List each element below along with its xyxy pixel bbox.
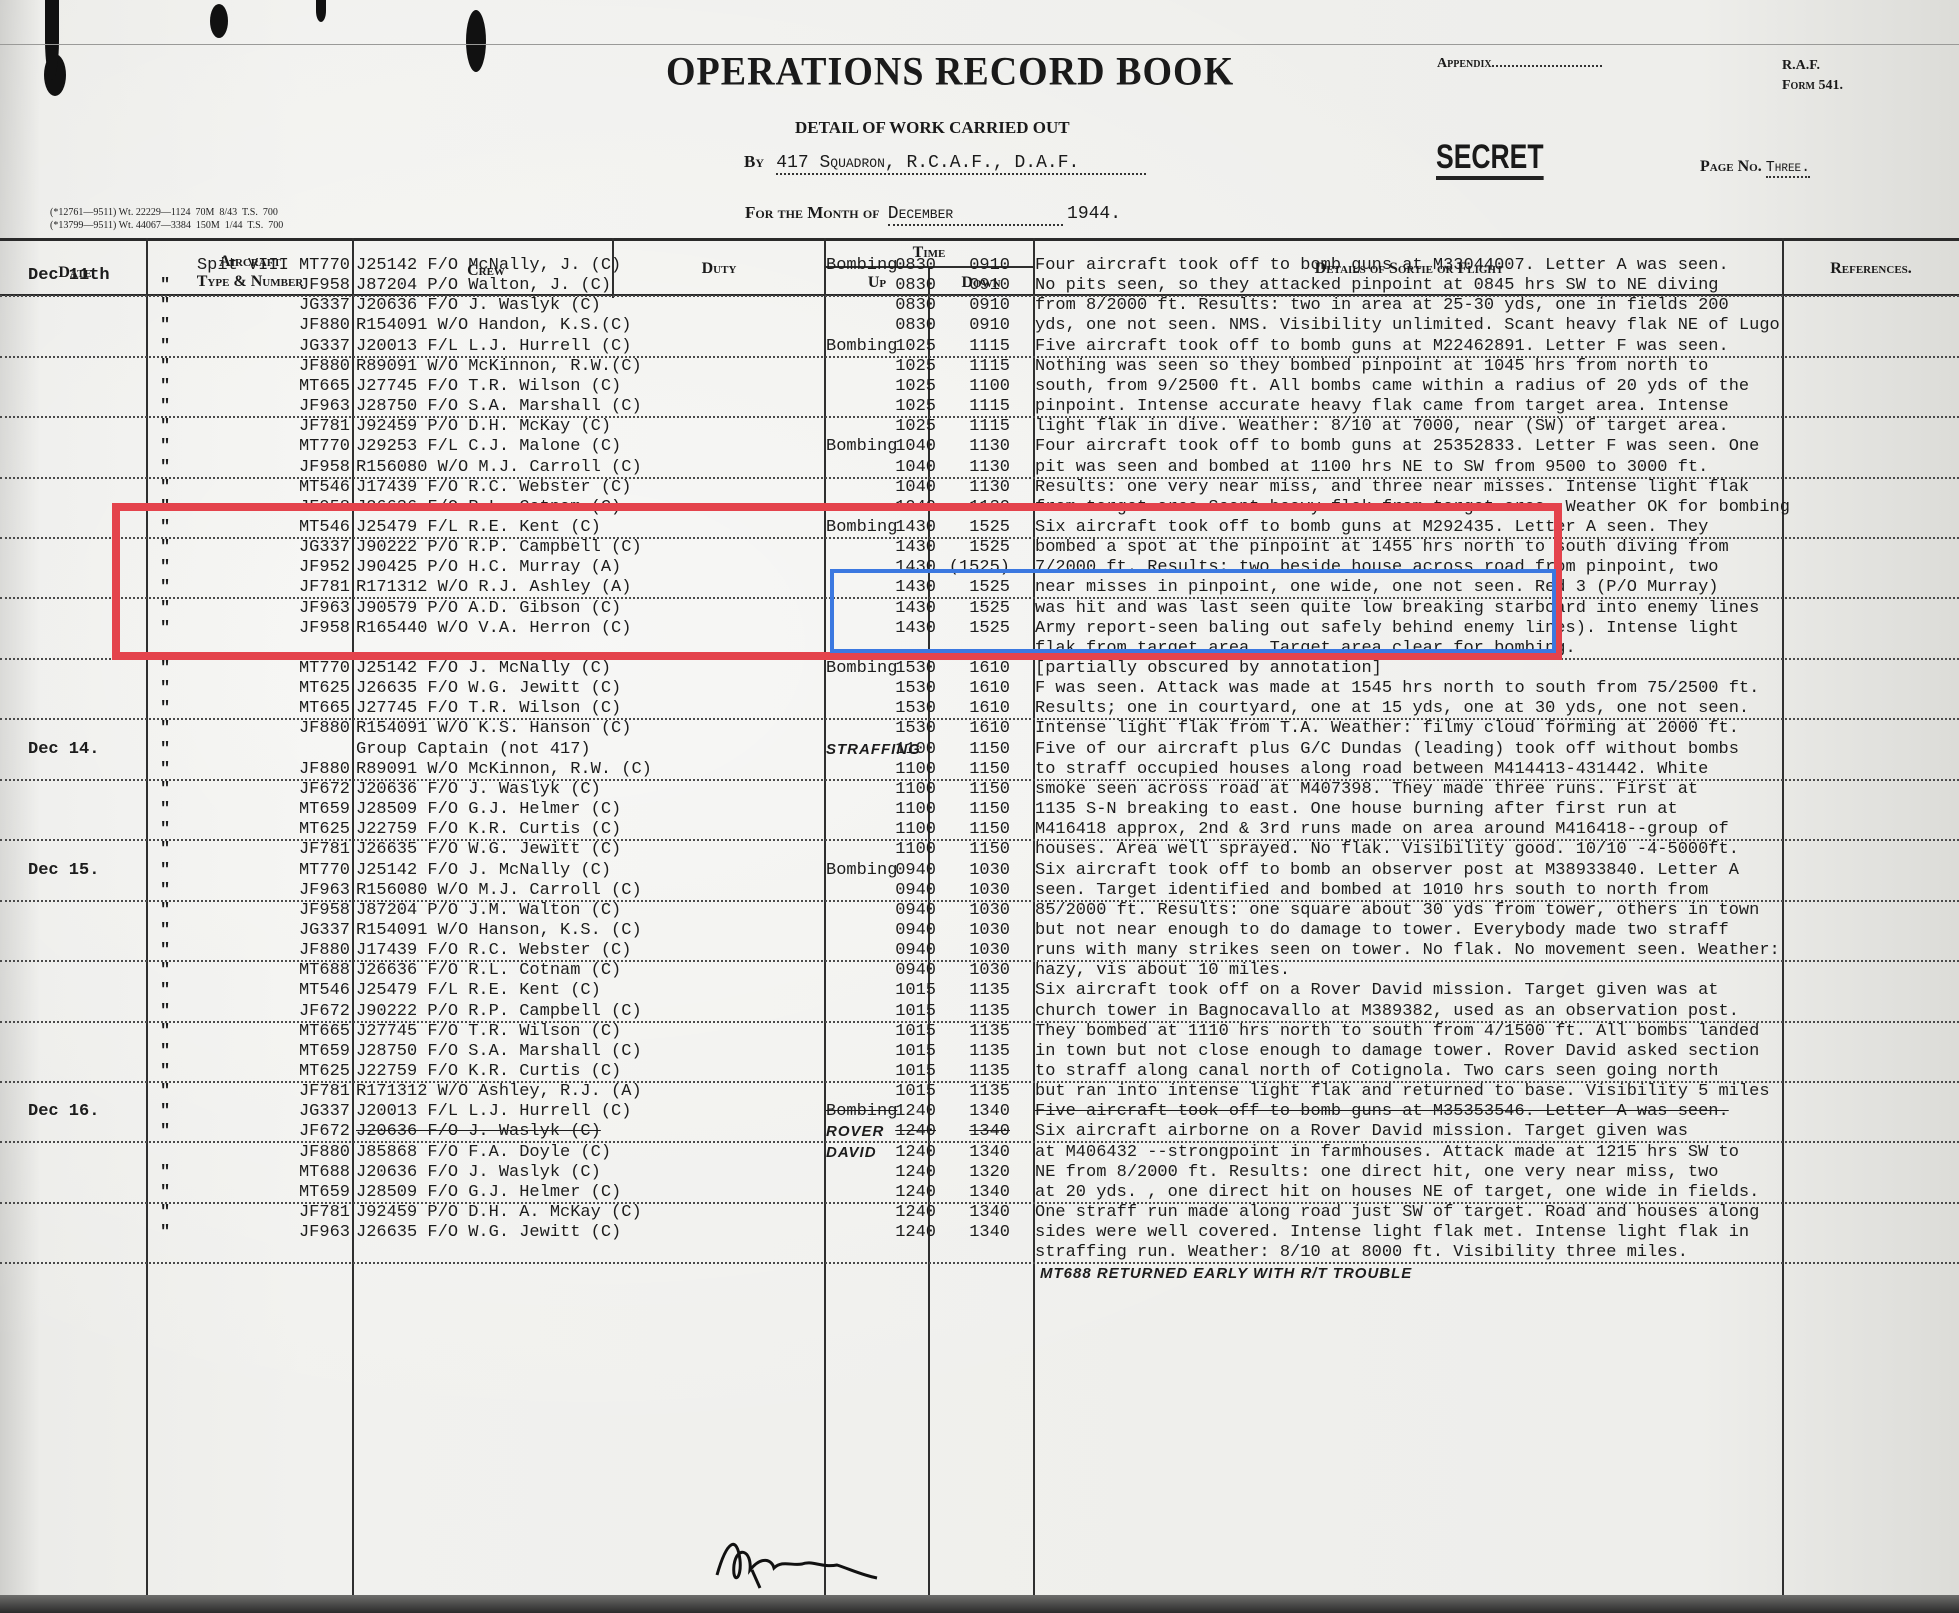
row-crew: R154091 W/O Handon, K.S.(C) xyxy=(356,316,816,336)
row-aircraft: MT546 xyxy=(150,478,350,498)
row-time-up: 1015 xyxy=(826,1002,936,1022)
row-date xyxy=(28,417,146,437)
row-time-up: 1015 xyxy=(826,1042,936,1062)
table-row: Dec 14."Group Captain (not 417)STRAFFING… xyxy=(0,740,1959,760)
row-crew: J28750 F/O S.A. Marshall (C) xyxy=(356,1042,816,1062)
row-time-up: 0830 xyxy=(826,256,936,276)
row-crew: J17439 F/O R.C. Webster (C) xyxy=(356,941,816,961)
row-date xyxy=(28,1143,146,1163)
row-date xyxy=(28,1163,146,1183)
row-time-up: 1100 xyxy=(826,820,936,840)
row-time-up: 1040 xyxy=(826,437,936,457)
classification-stamp: SECRET xyxy=(1436,138,1544,180)
row-time-down: 1610 xyxy=(932,679,1010,699)
row-aircraft: JG337 xyxy=(150,296,350,316)
row-time-up: 1100 xyxy=(826,760,936,780)
row-date xyxy=(28,679,146,699)
row-crew: J25142 F/O J. McNally (C) xyxy=(356,659,816,679)
row-details: They bombed at 1110 hrs north to south f… xyxy=(1035,1022,1945,1042)
row-crew xyxy=(356,1264,816,1284)
row-details: Nothing was seen so they bombed pinpoint… xyxy=(1035,357,1945,377)
row-details: smoke seen across road at M407398. They … xyxy=(1035,780,1945,800)
table-row: "JG337R154091 W/O Hanson, K.S. (C)094010… xyxy=(0,921,1959,941)
unit-name: 417 Squadron, R.C.A.F., D.A.F. xyxy=(776,153,1146,175)
row-details: church tower in Bagnocavallo at M389382,… xyxy=(1035,1002,1945,1022)
row-details: Five aircraft took off to bomb guns at M… xyxy=(1035,1102,1945,1122)
row-time-up xyxy=(826,1264,936,1284)
row-time-down: 1115 xyxy=(932,337,1010,357)
row-time-up: 1240 xyxy=(826,1122,936,1142)
row-date xyxy=(28,820,146,840)
appendix-label: Appendix xyxy=(1437,56,1492,71)
page-value: Three. xyxy=(1766,159,1810,178)
row-crew: J29253 F/L C.J. Malone (C) xyxy=(356,437,816,457)
row-crew: Group Captain (not 417) xyxy=(356,740,816,760)
row-time-up: 0940 xyxy=(826,861,936,881)
row-date xyxy=(28,397,146,417)
page-number-field: Page No. Three. xyxy=(1700,158,1810,178)
row-time-up: 1530 xyxy=(826,699,936,719)
row-time-up: 1025 xyxy=(826,377,936,397)
row-crew: J92459 P/O D.H. A. McKay (C) xyxy=(356,1203,816,1223)
row-time-down xyxy=(932,1264,1010,1284)
row-time-down: 0910 xyxy=(932,316,1010,336)
table-row: "MT546J17439 F/O R.C. Webster (C)1040113… xyxy=(0,478,1959,498)
row-time-down: 1130 xyxy=(932,458,1010,478)
row-crew: R171312 W/O Ashley, R.J. (A) xyxy=(356,1082,816,1102)
row-date xyxy=(28,478,146,498)
row-time-down: 1135 xyxy=(932,981,1010,1001)
row-date xyxy=(28,1022,146,1042)
table-row: "JF958R156080 W/O M.J. Carroll (C)104011… xyxy=(0,458,1959,478)
row-date xyxy=(28,1183,146,1203)
row-time-down: 1135 xyxy=(932,1002,1010,1022)
page-label: Page No. xyxy=(1700,158,1762,175)
row-time-up: 0940 xyxy=(826,921,936,941)
row-crew xyxy=(356,1243,816,1263)
row-aircraft: JF880 xyxy=(150,357,350,377)
row-date xyxy=(28,901,146,921)
table-row: "MT546J25479 F/L R.E. Kent (C)10151135Si… xyxy=(0,981,1959,1001)
top-rule xyxy=(0,44,1959,45)
row-time-down: 0910 xyxy=(932,296,1010,316)
row-details: MT688 RETURNED EARLY WITH R/T TROUBLE xyxy=(1040,1264,1950,1284)
row-aircraft: MT625 xyxy=(150,820,350,840)
row-details: south, from 9/2500 ft. All bombs came wi… xyxy=(1035,377,1945,397)
row-crew: J28509 F/O G.J. Helmer (C) xyxy=(356,800,816,820)
form-line-1: R.A.F. xyxy=(1782,56,1843,76)
row-time-down: 0910 xyxy=(932,256,1010,276)
table-row: "JF963J28750 F/O S.A. Marshall (C)102511… xyxy=(0,397,1959,417)
row-date xyxy=(28,276,146,296)
table-row: "JF880R154091 W/O K.S. Hanson (C)1530161… xyxy=(0,719,1959,739)
row-details: yds, one not seen. NMS. Visibility unlim… xyxy=(1035,316,1945,336)
row-time-down: 1100 xyxy=(932,377,1010,397)
row-date xyxy=(28,941,146,961)
row-crew: J28750 F/O S.A. Marshall (C) xyxy=(356,397,816,417)
row-time-up xyxy=(826,1243,936,1263)
row-details: One straff run made along road just SW o… xyxy=(1035,1203,1945,1223)
row-details: but not near enough to do damage to towe… xyxy=(1035,921,1945,941)
row-time-up: 1100 xyxy=(826,740,936,760)
row-time-up: 0830 xyxy=(826,316,936,336)
row-crew: J26635 F/O W.G. Jewitt (C) xyxy=(356,840,816,860)
table-row: "JF781R171312 W/O Ashley, R.J. (A)101511… xyxy=(0,1082,1959,1102)
row-time-down xyxy=(932,1243,1010,1263)
row-time-down: 1610 xyxy=(932,659,1010,679)
row-aircraft: MT665 xyxy=(150,377,350,397)
row-time-down: 1340 xyxy=(932,1203,1010,1223)
row-aircraft: JF963 xyxy=(150,881,350,901)
table-row: "JF880R154091 W/O Handon, K.S.(C)0830091… xyxy=(0,316,1959,336)
month-value: December xyxy=(888,204,1063,226)
row-time-down: 1130 xyxy=(932,478,1010,498)
row-date xyxy=(28,1243,146,1263)
table-row: "MT659J28750 F/O S.A. Marshall (C)101511… xyxy=(0,1042,1959,1062)
table-row: JF880J85868 F/O F.A. Doyle (C)DAVID12401… xyxy=(0,1143,1959,1163)
unit-line: By 417 Squadron, R.C.A.F., D.A.F. xyxy=(744,152,1146,175)
row-aircraft: JG337 xyxy=(150,337,350,357)
row-crew: J27745 F/O T.R. Wilson (C) xyxy=(356,1022,816,1042)
row-crew: R154091 W/O K.S. Hanson (C) xyxy=(356,719,816,739)
table-row: "MT625J26635 F/O W.G. Jewitt (C)15301610… xyxy=(0,679,1959,699)
row-crew: R154091 W/O Hanson, K.S. (C) xyxy=(356,921,816,941)
row-date xyxy=(28,719,146,739)
row-time-up: 1025 xyxy=(826,337,936,357)
row-crew: J20013 F/L L.J. Hurrell (C) xyxy=(356,337,816,357)
row-date xyxy=(28,437,146,457)
table-row: "JG337J20636 F/O J. Waslyk (C)08300910fr… xyxy=(0,296,1959,316)
row-details: runs with many strikes seen on tower. No… xyxy=(1035,941,1945,961)
table-row: "MT665J27745 F/O T.R. Wilson (C)10151135… xyxy=(0,1022,1959,1042)
row-time-down: 1115 xyxy=(932,417,1010,437)
row-time-down: 1150 xyxy=(932,840,1010,860)
record-page: OPERATIONS RECORD BOOK DETAIL OF WORK CA… xyxy=(0,0,1959,1613)
row-details: straffing run. Weather: 8/10 at 8000 ft.… xyxy=(1035,1243,1945,1263)
appendix-field: Appendix xyxy=(1437,56,1602,72)
row-time-up: 0830 xyxy=(826,276,936,296)
row-aircraft: JF963 xyxy=(150,1223,350,1243)
row-aircraft: JF880 xyxy=(150,760,350,780)
row-details: Four aircraft took off to bomb guns at 2… xyxy=(1035,437,1945,457)
row-time-down: 1340 xyxy=(932,1183,1010,1203)
print-codes: (*12761—9511) Wt. 22229—1124 70M 8/43 T.… xyxy=(50,206,283,232)
row-aircraft: MT665 xyxy=(150,699,350,719)
row-aircraft: JF880 xyxy=(150,941,350,961)
row-crew: J20636 F/O J. Waslyk (C) xyxy=(356,1163,816,1183)
row-time-down: 1320 xyxy=(932,1163,1010,1183)
table-row: "MT688J20636 F/O J. Waslyk (C)12401320NE… xyxy=(0,1163,1959,1183)
row-details: Six aircraft took off on a Rover David m… xyxy=(1035,981,1945,1001)
row-date xyxy=(28,458,146,478)
row-time-down: 1610 xyxy=(932,699,1010,719)
row-aircraft: JF880 xyxy=(150,1143,350,1163)
row-crew: R156080 W/O M.J. Carroll (C) xyxy=(356,458,816,478)
row-time-up: 1240 xyxy=(826,1143,936,1163)
row-crew: J26635 F/O W.G. Jewitt (C) xyxy=(356,1223,816,1243)
row-date xyxy=(28,1203,146,1223)
page-subtitle: DETAIL OF WORK CARRIED OUT xyxy=(795,118,1070,138)
row-aircraft: MT659 xyxy=(150,800,350,820)
row-time-up: 1025 xyxy=(826,417,936,437)
row-aircraft: MT770 xyxy=(150,659,350,679)
row-date xyxy=(28,357,146,377)
table-row: "MT770J25142 F/O J. McNally (C)Bombing15… xyxy=(0,659,1959,679)
row-time-down: 1150 xyxy=(932,740,1010,760)
row-time-up: 1530 xyxy=(826,659,936,679)
row-aircraft xyxy=(150,1264,350,1284)
row-date xyxy=(28,1264,146,1284)
row-details: houses. Area well sprayed. No flak. Visi… xyxy=(1035,840,1945,860)
table-row: "JF880R89091 W/O McKinnon, R.W.(C)102511… xyxy=(0,357,1959,377)
row-time-down: 1150 xyxy=(932,780,1010,800)
row-details: Five of our aircraft plus G/C Dundas (le… xyxy=(1035,740,1945,760)
row-crew: R89091 W/O McKinnon, R.W.(C) xyxy=(356,357,816,377)
row-date xyxy=(28,1002,146,1022)
row-time-up: 1015 xyxy=(826,1062,936,1082)
row-aircraft: JF781 xyxy=(150,1203,350,1223)
row-date xyxy=(28,981,146,1001)
row-time-down: 0910 xyxy=(932,276,1010,296)
row-aircraft: MT688 xyxy=(150,1163,350,1183)
row-aircraft: JF781 xyxy=(150,1082,350,1102)
row-crew: J20636 F/O J. Waslyk (C) xyxy=(356,296,816,316)
row-time-up: 1025 xyxy=(826,397,936,417)
row-aircraft: JF672 xyxy=(150,1002,350,1022)
table-row: "JF781J92459 P/O D.H. A. McKay (C)124013… xyxy=(0,1203,1959,1223)
table-row: "JF781J26635 F/O W.G. Jewitt (C)11001150… xyxy=(0,840,1959,860)
row-time-up: 1240 xyxy=(826,1203,936,1223)
row-details: in town but not close enough to damage t… xyxy=(1035,1042,1945,1062)
row-time-down: 1135 xyxy=(932,1022,1010,1042)
row-crew: J28509 F/O G.J. Helmer (C) xyxy=(356,1183,816,1203)
row-crew: J87204 P/O J.M. Walton (C) xyxy=(356,901,816,921)
row-aircraft xyxy=(150,1243,350,1263)
row-time-down: 1150 xyxy=(932,800,1010,820)
row-time-down: 1135 xyxy=(932,1082,1010,1102)
table-row: "JF958J87204 P/O J.M. Walton (C)09401030… xyxy=(0,901,1959,921)
row-time-up: 1015 xyxy=(826,981,936,1001)
row-crew: J27745 F/O T.R. Wilson (C) xyxy=(356,377,816,397)
row-details: 85/2000 ft. Results: one square about 30… xyxy=(1035,901,1945,921)
row-time-up: 0940 xyxy=(826,901,936,921)
operations-table: Date Aircraft Type & Number Crew Duty Ti… xyxy=(0,238,1959,1613)
row-aircraft: JF781 xyxy=(150,840,350,860)
row-time-up: 1100 xyxy=(826,800,936,820)
row-time-down: 1115 xyxy=(932,397,1010,417)
row-crew: J25142 F/O J. McNally (C) xyxy=(356,861,816,881)
form-line-2: Form 541. xyxy=(1782,76,1843,96)
row-aircraft: MT659 xyxy=(150,1042,350,1062)
row-details: Six aircraft took off to bomb an observe… xyxy=(1035,861,1945,881)
row-time-up: 1100 xyxy=(826,840,936,860)
row-date: Dec 15. xyxy=(28,861,146,881)
row-aircraft: MT770 xyxy=(150,437,350,457)
table-row: "JF958J87204 P/O Walton, J. (C)08300910N… xyxy=(0,276,1959,296)
row-aircraft: MT770 xyxy=(150,861,350,881)
row-time-up: 0940 xyxy=(826,941,936,961)
table-row: "MT665J27745 F/O T.R. Wilson (C)10251100… xyxy=(0,377,1959,397)
row-time-up: 0940 xyxy=(826,961,936,981)
row-crew: J90222 P/O R.P. Campbell (C) xyxy=(356,1002,816,1022)
table-row: straffing run. Weather: 8/10 at 8000 ft.… xyxy=(0,1243,1959,1263)
row-time-up: 1530 xyxy=(826,679,936,699)
row-date xyxy=(28,921,146,941)
row-date xyxy=(28,881,146,901)
table-row: MT688 RETURNED EARLY WITH R/T TROUBLE xyxy=(0,1264,1959,1284)
row-time-up: 1025 xyxy=(826,357,936,377)
row-details: Results: one very near miss, and three n… xyxy=(1035,478,1945,498)
row-time-up: 1015 xyxy=(826,1082,936,1102)
row-aircraft: MT625 xyxy=(150,1062,350,1082)
row-aircraft: JF958 xyxy=(150,901,350,921)
table-row: "JF672J20636 F/O J. Waslyk (C)11001150sm… xyxy=(0,780,1959,800)
row-aircraft: MT546 xyxy=(150,981,350,1001)
table-row: "JF880R89091 W/O McKinnon, R.W. (C)11001… xyxy=(0,760,1959,780)
table-row: "JF672J90222 P/O R.P. Campbell (C)101511… xyxy=(0,1002,1959,1022)
table-row: "MT665J27745 F/O T.R. Wilson (C)15301610… xyxy=(0,699,1959,719)
month-label: For the Month of xyxy=(745,203,880,222)
table-row: "JG337J20013 F/L L.J. Hurrell (C)Bombing… xyxy=(0,337,1959,357)
form-number: R.A.F. Form 541. xyxy=(1782,56,1843,96)
row-time-down: 1030 xyxy=(932,921,1010,941)
row-time-up: 0940 xyxy=(826,881,936,901)
row-details: pit was seen and bombed at 1100 hrs NE t… xyxy=(1035,458,1945,478)
by-label: By xyxy=(744,152,764,171)
row-time-up: 1240 xyxy=(826,1183,936,1203)
table-row: Dec 16."JG337J20013 F/L L.J. Hurrell (C)… xyxy=(0,1102,1959,1122)
row-time-up: 1100 xyxy=(826,780,936,800)
row-crew: J87204 P/O Walton, J. (C) xyxy=(356,276,816,296)
table-row: "MT659J28509 F/O G.J. Helmer (C)11001150… xyxy=(0,800,1959,820)
row-date xyxy=(28,296,146,316)
row-aircraft: MT625 xyxy=(150,679,350,699)
row-aircraft: JF880 xyxy=(150,719,350,739)
row-date xyxy=(28,337,146,357)
binder-hole xyxy=(466,10,486,72)
binder-hole xyxy=(210,4,228,38)
row-time-down: 1340 xyxy=(932,1102,1010,1122)
table-row: "JF880J17439 F/O R.C. Webster (C)0940103… xyxy=(0,941,1959,961)
table-row: Dec 15."MT770J25142 F/O J. McNally (C)Bo… xyxy=(0,861,1959,881)
row-details: light flak in dive. Weather: 8/10 at 700… xyxy=(1035,417,1945,437)
row-details: Results; one in courtyard, one at 15 yds… xyxy=(1035,699,1945,719)
month-line: For the Month of December 1944. xyxy=(745,203,1121,226)
row-time-down: 1340 xyxy=(932,1223,1010,1243)
binder-hole xyxy=(316,0,326,22)
row-details: at M406432 --strongpoint in farmhouses. … xyxy=(1035,1143,1945,1163)
row-details: seen. Target identified and bombed at 10… xyxy=(1035,881,1945,901)
row-time-down: 1340 xyxy=(932,1122,1010,1142)
table-row: "JF963R156080 W/O M.J. Carroll (C)094010… xyxy=(0,881,1959,901)
row-details: Four aircraft took off to bomb guns at M… xyxy=(1035,256,1945,276)
row-details: Intense light flak from T.A. Weather: fi… xyxy=(1035,719,1945,739)
row-crew: R156080 W/O M.J. Carroll (C) xyxy=(356,881,816,901)
row-time-up: 1530 xyxy=(826,719,936,739)
row-date xyxy=(28,800,146,820)
row-date xyxy=(28,1223,146,1243)
row-time-up: 0830 xyxy=(826,296,936,316)
row-crew: J85868 F/O F.A. Doyle (C) xyxy=(356,1143,816,1163)
row-time-up: 1040 xyxy=(826,458,936,478)
highlight-box-blue xyxy=(830,569,1556,653)
row-crew: J25142 F/O McNally, J. (C) xyxy=(356,256,816,276)
row-date: Dec 16. xyxy=(28,1102,146,1122)
row-time-up: 1240 xyxy=(826,1163,936,1183)
table-row: "JF672J20636 F/O J. Waslyk (C)ROVER12401… xyxy=(0,1122,1959,1142)
row-details: F was seen. Attack was made at 1545 hrs … xyxy=(1035,679,1945,699)
row-crew: J26635 F/O W.G. Jewitt (C) xyxy=(356,679,816,699)
row-crew: J22759 F/O K.R. Curtis (C) xyxy=(356,820,816,840)
row-details: to straff occupied houses along road bet… xyxy=(1035,760,1945,780)
row-date xyxy=(28,961,146,981)
row-details: sides were well covered. Intense light f… xyxy=(1035,1223,1945,1243)
row-aircraft: JF958 xyxy=(150,458,350,478)
row-time-down: 1115 xyxy=(932,357,1010,377)
row-details: M416418 approx, 2nd & 3rd runs made on a… xyxy=(1035,820,1945,840)
row-crew: J27745 F/O T.R. Wilson (C) xyxy=(356,699,816,719)
row-time-up: 1015 xyxy=(826,1022,936,1042)
row-aircraft: JF672 xyxy=(150,780,350,800)
row-aircraft: JF781 xyxy=(150,417,350,437)
row-details: hazy, vis about 10 miles. xyxy=(1035,961,1945,981)
table-row: "JF781J92459 P/O D.H. McKay (C)10251115l… xyxy=(0,417,1959,437)
row-crew: R89091 W/O McKinnon, R.W. (C) xyxy=(356,760,816,780)
row-date: Dec 14. xyxy=(28,740,146,760)
row-time-up: 1040 xyxy=(826,478,936,498)
scan-edge xyxy=(0,1595,1959,1613)
row-details: pinpoint. Intense accurate heavy flak ca… xyxy=(1035,397,1945,417)
row-aircraft: JF958 xyxy=(150,276,350,296)
row-time-down: 1610 xyxy=(932,719,1010,739)
row-details: at 20 yds. , one direct hit on houses NE… xyxy=(1035,1183,1945,1203)
row-details: NE from 8/2000 ft. Results: one direct h… xyxy=(1035,1163,1945,1183)
table-row: Dec 11thSpit VIII MT770J25142 F/O McNall… xyxy=(0,256,1959,276)
page-title: OPERATIONS RECORD BOOK xyxy=(666,49,1234,95)
row-crew: J92459 P/O D.H. McKay (C) xyxy=(356,417,816,437)
row-date xyxy=(28,840,146,860)
row-crew: J20636 F/O J. Waslyk (C) xyxy=(356,780,816,800)
row-aircraft: JF880 xyxy=(150,316,350,336)
row-time-down: 1030 xyxy=(932,941,1010,961)
row-time-down: 1030 xyxy=(932,901,1010,921)
row-date xyxy=(28,1062,146,1082)
row-aircraft xyxy=(150,740,350,760)
row-aircraft: MT688 xyxy=(150,961,350,981)
row-time-down: 1130 xyxy=(932,437,1010,457)
row-date xyxy=(28,659,146,679)
row-crew: J25479 F/L R.E. Kent (C) xyxy=(356,981,816,1001)
row-aircraft: JF963 xyxy=(150,397,350,417)
row-date xyxy=(28,699,146,719)
row-details: but ran into intense light flak and retu… xyxy=(1035,1082,1945,1102)
row-aircraft: JG337 xyxy=(150,921,350,941)
row-aircraft: JF672 xyxy=(150,1122,350,1142)
row-aircraft: MT665 xyxy=(150,1022,350,1042)
row-date xyxy=(28,316,146,336)
row-time-up: 1240 xyxy=(826,1223,936,1243)
row-crew: J17439 F/O R.C. Webster (C) xyxy=(356,478,816,498)
row-crew: J22759 F/O K.R. Curtis (C) xyxy=(356,1062,816,1082)
table-row: "MT770J29253 F/L C.J. Malone (C)Bombing1… xyxy=(0,437,1959,457)
row-date xyxy=(28,1082,146,1102)
row-date xyxy=(28,1122,146,1142)
row-date xyxy=(28,780,146,800)
table-top-rule xyxy=(0,238,1959,241)
table-row: "MT625J22759 F/O K.R. Curtis (C)10151135… xyxy=(0,1062,1959,1082)
row-details: to straff along canal north of Cotignola… xyxy=(1035,1062,1945,1082)
table-row: "MT659J28509 F/O G.J. Helmer (C)12401340… xyxy=(0,1183,1959,1203)
